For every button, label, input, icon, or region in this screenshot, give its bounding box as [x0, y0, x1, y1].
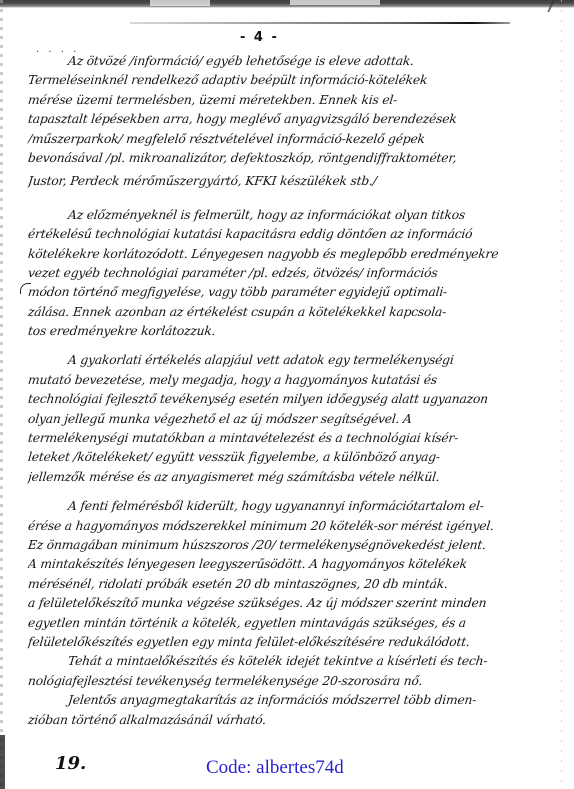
text-line: módon történő megfigyelése, vagy több pa… — [27, 283, 551, 302]
text-line: Jelentős anyagmegtakarítás az információ… — [27, 691, 551, 710]
paragraph-4: A fenti felmérésből kiderült, hogy ugyan… — [28, 497, 550, 652]
scan-artifact — [150, 0, 210, 6]
header-rule — [130, 22, 510, 24]
text-line: Az előzményeknél is felmerült, hogy az i… — [27, 206, 551, 225]
watermark-code: Code: albertes74d — [206, 757, 344, 779]
text-line: zióban történő alkalmazásánál várható. — [27, 711, 551, 730]
text-line: A mintakészítés lényegesen leegyszerűsöd… — [27, 555, 551, 574]
paragraph-2: Az előzményeknél is felmerült, hogy az i… — [28, 206, 550, 342]
text-line: /műszerparkok/ megfelelő résztvételével … — [27, 130, 551, 149]
text-line: kötelékekre korlátozódott. Lényegesen na… — [27, 245, 551, 264]
text-line: technológiai fejlesztő tevékenység eseté… — [27, 390, 551, 409]
text-line: mérése üzemi termelésben, üzemi méretekb… — [27, 91, 551, 110]
handwritten-body: Az ötvözé /információ/ egyéb lehetősége … — [28, 52, 550, 730]
text-line: A fenti felmérésből kiderült, hogy ugyan… — [27, 497, 551, 516]
text-line: egyetlen mintán történik a kötelék, egye… — [27, 614, 551, 633]
text-line: Tehát a mintaelőkészítés és kötelék idej… — [27, 652, 551, 671]
text-line: mutató bevezetése, mely megadja, hogy a … — [27, 371, 551, 390]
text-line: bevonásával /pl. mikroanalizátor, defekt… — [27, 149, 551, 168]
scan-right-edge — [561, 0, 562, 789]
text-line: Ez önmagában minimum húszszoros /20/ ter… — [27, 536, 551, 555]
text-line: Az ötvözé /információ/ egyéb lehetősége … — [27, 52, 551, 71]
text-line: zálása. Ennek azonban az értékelést csup… — [27, 303, 551, 322]
paragraph-3: A gyakorlati értékelés alapjául vett ada… — [28, 351, 550, 487]
scan-artifact — [0, 735, 5, 789]
text-line: a felületelőkészítő munka végzése szüksé… — [27, 594, 551, 613]
text-line: érése a hagyományos módszerekkel minimum… — [27, 517, 551, 536]
text-line: Justor, Perdeck mérőműszergyártó, KFKI k… — [27, 172, 551, 191]
scan-artifact — [290, 0, 380, 5]
text-line: nológiafejlesztési tevékenység termeléke… — [27, 672, 551, 691]
scan-left-edge — [0, 0, 3, 789]
paragraph-6: Jelentős anyagmegtakarítás az információ… — [28, 691, 550, 730]
text-line: tos eredményekre korlátozzuk. — [27, 322, 551, 341]
paragraph-1: Az ötvözé /információ/ egyéb lehetősége … — [28, 52, 550, 192]
page-number: - 4 - — [240, 30, 279, 45]
text-line: vezet egyéb technológiai paraméter /pl. … — [27, 264, 551, 283]
paragraph-5: Tehát a mintaelőkészítés és kötelék idej… — [28, 652, 550, 691]
text-line: jellemzők mérése és az anyagismeret még … — [27, 468, 551, 487]
scan-top-edge — [0, 0, 574, 8]
text-line: leteket /kötelékeket/ együtt vesszük fig… — [27, 448, 551, 467]
text-line: termelékenységi mutatókban a mintavétele… — [27, 429, 551, 448]
text-line: felületelőkészítés egyetlen egy minta fe… — [27, 633, 551, 652]
text-line: Termeléseinknél rendelkező adaptiv beépü… — [27, 71, 551, 90]
text-line: értékelésű technológiai kutatási kapacit… — [27, 225, 551, 244]
folio-number: 19. — [55, 753, 86, 774]
text-line: olyan jellegű munka végezhető el az új m… — [27, 410, 551, 429]
margin-mark — [20, 283, 31, 294]
text-line: mérésénél, ridolati próbák esetén 20 db … — [27, 575, 551, 594]
text-line: tapasztalt lépésekben arra, hogy meglévő… — [27, 110, 551, 129]
text-line: A gyakorlati értékelés alapjául vett ada… — [27, 351, 551, 370]
